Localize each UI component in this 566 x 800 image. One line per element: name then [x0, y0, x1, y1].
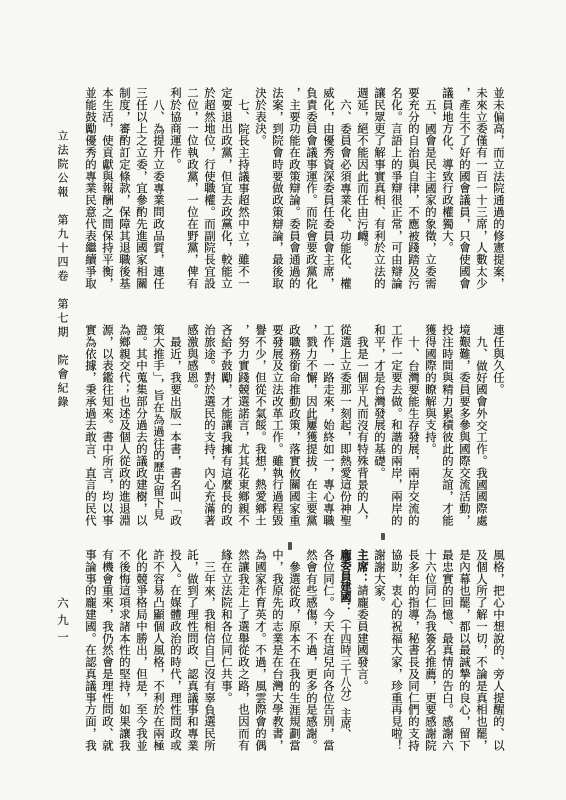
text-column: 於超然地位，行使職權。而副院長宜設	[200, 87, 217, 293]
text-column: 治旅途。對於選民的支持，內心充滿著	[200, 324, 217, 530]
text-column: 是內幕也罷，都以最誠摯的良心，留下	[455, 549, 472, 755]
text-column: 然讓我走上了選舉從政之路，也因而有	[234, 549, 251, 755]
text-column: 最忠實的回憶、最真情的告白。感謝六	[438, 549, 455, 755]
text-column: ，戮力不懈，因此屢獲提拔，在主要黨	[302, 324, 319, 530]
text-column: 工作一定要去做。和諧的兩岸，兩岸的	[387, 324, 404, 530]
text-column: ，主要功能在政策辯論。委員會通過的	[285, 87, 302, 293]
text-column: 法案，到院會時要做政策辯論，最後取	[268, 87, 285, 293]
text-band-bottom: 風格，把心中想說的、旁人提醒的、以及個人所了解一切，不論是真相也罷，是內幕也罷，…	[80, 549, 506, 755]
text-column: 獲得國際的瞭解與支持。	[421, 324, 438, 530]
text-column: 三年來，我相信自己沒有辜負選民所	[200, 549, 217, 755]
text-column: 長多年的指導，秘書長及同仁們的支持	[404, 549, 421, 755]
text-column: 謝謝大家。	[370, 549, 387, 755]
text-column: 策大推手」，旨在為過往的歷史留下見	[149, 324, 166, 530]
text-column: 連任與久任。	[489, 324, 506, 530]
text-column: 並能鼓勵優秀的專業民意代表繼續爭取	[81, 87, 98, 293]
text-column: 決於表決。	[251, 87, 268, 293]
text-column: 中，我原先的志業是在台灣大學教書，	[268, 549, 285, 755]
text-column: 協助，衷心的祝福大家，珍重再見啦！	[387, 549, 404, 755]
text-column: 緣在立法院和各位同仁共事。	[217, 549, 234, 755]
text-column: 三任以上之立委，宜參酌先進國家相關	[132, 87, 149, 293]
text-column: 投注時間與精力累積彼此的友誼，才能	[438, 324, 455, 530]
text-column: 威化，由優秀資深委員任委員會主席，	[319, 87, 336, 293]
speaker-name: 主席：	[356, 549, 368, 585]
text-column: 境艱難，委員要多參與國際交流活動，	[455, 324, 472, 530]
text-column: 化的競爭格局中勝出，但是，至今我並	[132, 549, 149, 755]
text-column: 二位，一位執政黨，一位在野黨，俾有	[183, 87, 200, 293]
text-column: 議員地方化、導致行政權獨大。	[438, 87, 455, 293]
text-column: 五、國會是民主國家的象徵，立委需	[421, 87, 438, 293]
text-column: 從選上立委那一刻起，即熱愛這份神聖	[336, 324, 353, 530]
text-column: 定要退出政黨，但宜去政黨化，較能立	[217, 87, 234, 293]
text-column: 工作，一路走來，始終如一，專心專職	[319, 324, 336, 530]
text-column: 並未偏高，而立法院通過的修憲提案，	[489, 87, 506, 293]
text-column: 為鄉親交代；也述及個人從政的進退淵	[115, 324, 132, 530]
scan-speck	[381, 533, 385, 540]
text-column: ，產生不了好的國會議員，只會使國會	[455, 87, 472, 293]
text-column: 政職務銜命推動政策，落實攸關國家重	[285, 324, 302, 530]
text-column: 十、台灣要能生存發展，兩岸交流的	[404, 324, 421, 530]
text-column: ，努力實踐競選諾言，尤其花東鄉親不	[234, 324, 251, 530]
text-column: 證。其中蒐集部分過去的議政建樹，以	[132, 324, 149, 530]
text-column: 許不容易凸顯個人風格，不利於在兩極	[149, 549, 166, 755]
text-column: 源，以表鑑往知來。書中所言，均以事	[98, 324, 115, 530]
text-band-top: 並未偏高，而立法院通過的修憲提案，未來立委僅有一百一十三席，人數太少，產生不了好…	[80, 87, 506, 293]
text-column: 不後悔這項求諸本性的堅持，如果讓我	[115, 549, 132, 755]
text-column: 吝給予鼓勵，才能讓我擁有這麼長的政	[217, 324, 234, 530]
margin-header-label: 立法院公報 第九十四卷 第七期 院會紀錄	[55, 130, 69, 410]
text-column: 九、做好國會外交工作。我國國際處	[472, 324, 489, 530]
text-band-middle: 連任與久任。九、做好國會外交工作。我國國際處境艱難，委員要多參與國際交流活動，投…	[80, 324, 506, 530]
text-column: 十六位同仁為我簽名推薦，更要感謝院	[421, 549, 438, 755]
text-column: 實為依據，秉承過去敢言、直言的民代	[81, 324, 98, 530]
text-column: 要發展及立法改革工作。雖執行過程毀	[268, 324, 285, 530]
text-column: 最近，我要出版一本書，書名叫「政	[166, 324, 183, 530]
text-column: 託，做到了理性問政、認真議事和專業	[183, 549, 200, 755]
text-column: 主席：請龐委員建國發言。	[353, 549, 370, 755]
text-column: 為國家作育英才。不過，風雲際會的偶	[251, 549, 268, 755]
text-column: 八、為提升立委專業問政品質，連任	[149, 87, 166, 293]
text-column: 制度，審酌訂定條款，保障其退職後基	[115, 87, 132, 293]
page-number: 六九一	[55, 597, 69, 648]
text-column: 譽不少，但從不氣餒。我想，熱愛鄉土	[251, 324, 268, 530]
text-column: 參選從政，原本不在我的生涯規劃當	[285, 549, 302, 755]
text-column: 負責委員會議事運作。而院會要政黨化	[302, 87, 319, 293]
text-column: 有機會重來，我仍然會是理性問政、就	[98, 549, 115, 755]
text-column: 感激與感恩。	[183, 324, 200, 530]
text-column: 名化。言語上的爭辯很正常，可由辯論	[387, 87, 404, 293]
speaker-name: 龐委員建國：	[339, 549, 351, 612]
text-column: 本生活，使貢獻與報酬之間保持平衡，	[98, 87, 115, 293]
text-column: 事論事的龐建國。在認真議事方面，我	[81, 549, 98, 755]
text-column: 然會有些感傷，不過，更多的是感謝。	[302, 549, 319, 755]
text-column: 龐委員建國：（十四時三十八分）主席、	[336, 549, 353, 755]
gazette-page: 立法院公報 第九十四卷 第七期 院會紀錄 六九一 並未偏高，而立法院通過的修憲提…	[0, 0, 566, 800]
text-column: 六、委員會必須專業化、功能化、權	[336, 87, 353, 293]
text-column: 讓民眾更了解事實真相、有利於立法的	[370, 87, 387, 293]
text-column: 及個人所了解一切，不論是真相也罷，	[472, 549, 489, 755]
text-column: 風格，把心中想說的、旁人提醒的、以	[489, 549, 506, 755]
text-column: 週延，絕不能因此而任由污衊。	[353, 87, 370, 293]
text-column: 我是一個平凡而沒有特殊背景的人，	[353, 324, 370, 530]
text-column: 各位同仁。今天在這兒向各位告別，當	[319, 549, 336, 755]
text-column: 未來立委僅有一百一十三席，人數太少	[472, 87, 489, 293]
text-column: 要充分的自治與自律，不應被踐踏及污	[404, 87, 421, 293]
text-column: 投入。在媒體政治的時代，理性問政或	[166, 549, 183, 755]
text-column: 七、院長主持議事超然中立，雖不一	[234, 87, 251, 293]
text-column: 利於協商運作。	[166, 87, 183, 293]
text-column: 和平，才是台灣發展的基礎。	[370, 324, 387, 530]
scan-speck	[288, 542, 292, 550]
